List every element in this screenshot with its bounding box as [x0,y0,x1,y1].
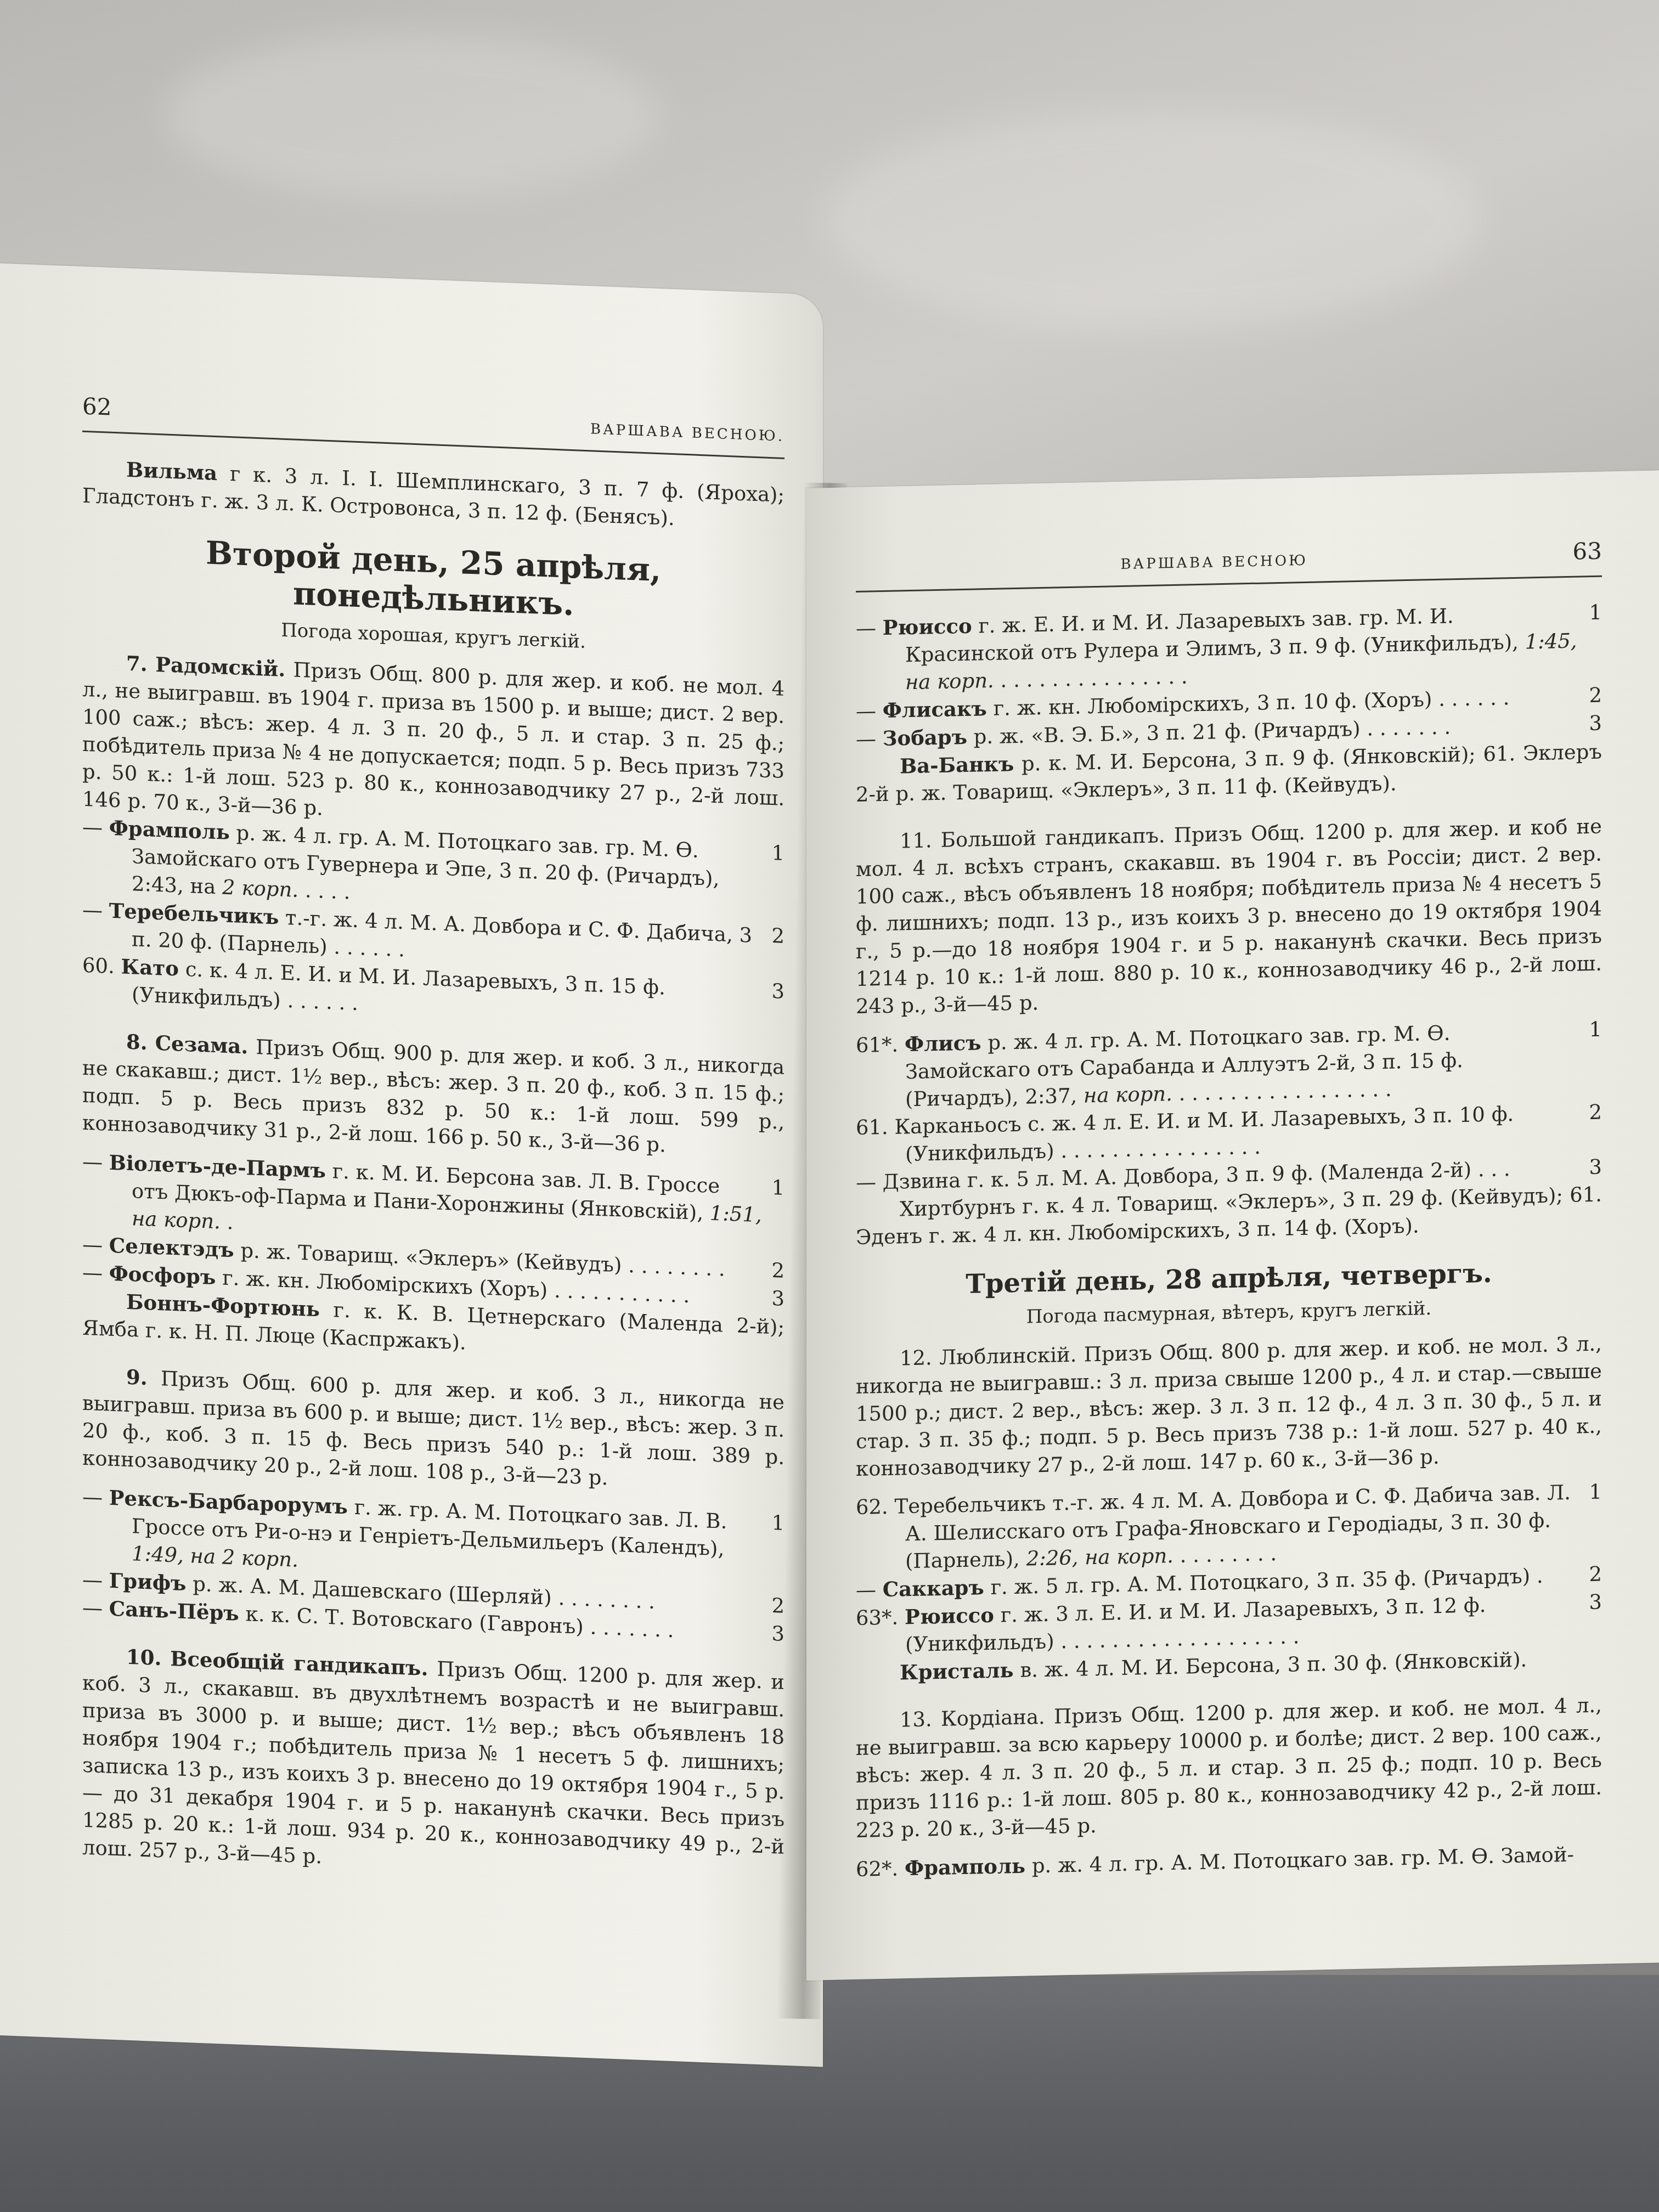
top-entry: Вильма г к. 3 л. І. І. Шемплинскаго, 3 п… [82,454,785,537]
result-row: 62. Теребельчикъ т.-г. ж. 4 л. М. А. Дов… [856,1479,1602,1576]
background-marble-highlight [823,110,1481,329]
right-page: ВАРШАВА ВЕСНОЮ 63 — Рюиссо г. ж. Е. И. и… [806,470,1659,1980]
page-number: 62 [82,393,111,421]
running-head: ВАРШАВА ВЕСНОЮ [856,547,1573,578]
page-header-left: 62 ВАРШАВА ВЕСНОЮ. [82,393,785,459]
running-head: ВАРШАВА ВЕСНОЮ. [590,421,785,445]
day-heading: Третій день, 28 апрѣля, четвергъ. [856,1256,1602,1302]
page-number: 63 [1573,538,1602,565]
race-conditions: 12. Люблинскій. Призъ Общ. 800 р. для же… [856,1330,1602,1483]
left-page: 62 ВАРШАВА ВЕСНОЮ. Вильма г к. 3 л. І. І… [0,263,823,2067]
weather-line: Погода пасмурная, вѣтеръ, кругъ легкій. [856,1294,1602,1331]
race-conditions: 11. Большой гандикапъ. Призъ Общ. 1200 р… [856,813,1602,1020]
page-header-right: ВАРШАВА ВЕСНОЮ 63 [856,538,1602,592]
result-row: — Рюиссо г. ж. Е. И. и М. И. Лазаревыхъ … [856,599,1602,697]
race-conditions: 13. Кордіана. Призъ Общ. 1200 р. для жер… [856,1692,1602,1844]
background-marble-highlight [165,33,658,198]
race-conditions: 10. Всеобщій гандикапъ. Призъ Общ. 1200 … [82,1641,785,1888]
race-conditions: 7. Радомскій. Призъ Общ. 800 р. для жер.… [82,648,785,840]
result-row: 61*. Флисъ р. ж. 4 л. гр. А. М. Потоцкаг… [856,1016,1602,1114]
